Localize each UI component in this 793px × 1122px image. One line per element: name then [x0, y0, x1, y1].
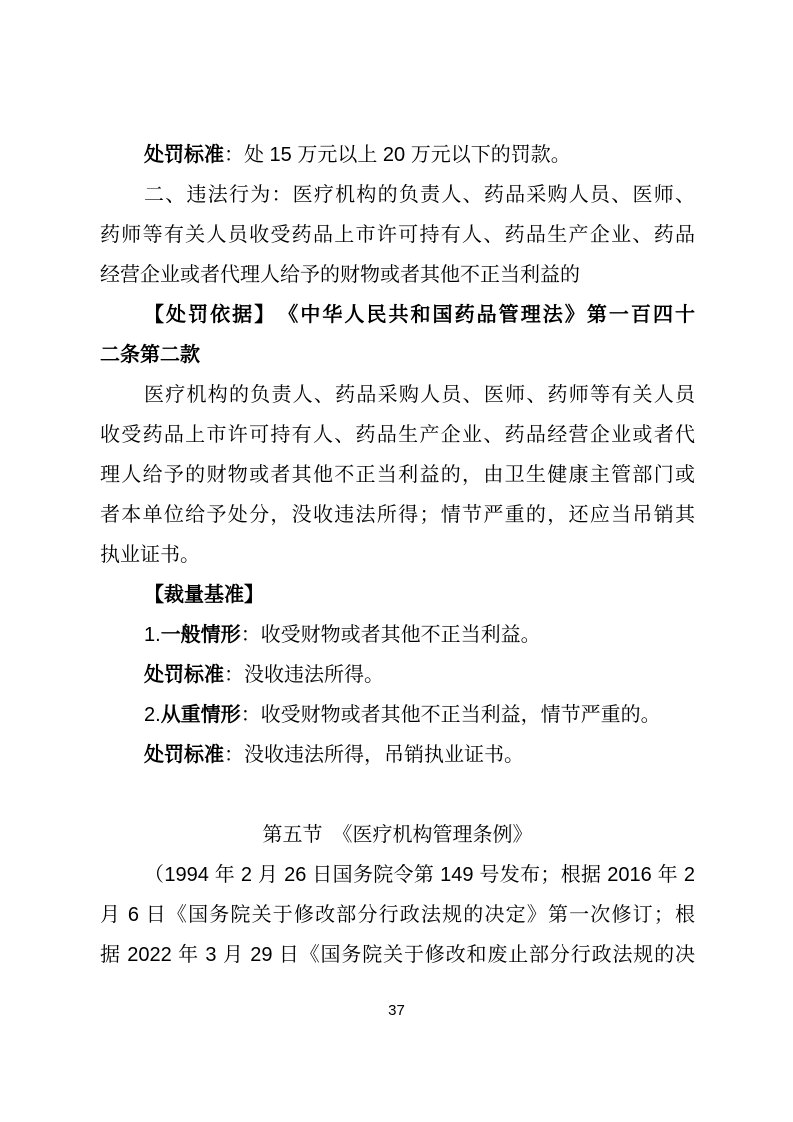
text-segment: ：收受财物或者其他不正当利益，情节严重的。 [241, 704, 661, 726]
text-segment: 医疗机构的负责人、药品采购人员、医师、药师等有关人员 [144, 384, 695, 406]
document-line: 执业证书。 [100, 535, 695, 575]
text-segment: 经营企业或者代理人给予的财物或者其他不正当利益的 [100, 264, 580, 286]
document-line: 【处罚依据】 《中华人民共和国药品管理法》第一百四十 [100, 295, 695, 335]
text-segment: 者本单位给予处分，没收违法所得；情节严重的，还应当吊销其 [100, 504, 695, 526]
text-segment: 执业证书。 [100, 544, 200, 566]
document-line: 经营企业或者代理人给予的财物或者其他不正当利益的 [100, 255, 695, 295]
text-segment: 处罚标准 [144, 144, 224, 166]
text-segment: 一般情形 [161, 624, 241, 646]
document-line: （1994 年 2 月 26 日国务院令第 149 号发布；根据 2016 年 … [100, 855, 695, 895]
blank-line [100, 775, 695, 815]
text-segment: 【裁量基准】 [144, 584, 264, 606]
text-segment: 二条第二款 [100, 344, 200, 366]
document-line: 者本单位给予处分，没收违法所得；情节严重的，还应当吊销其 [100, 495, 695, 535]
document-content: 处罚标准：处 15 万元以上 20 万元以下的罚款。二、违法行为：医疗机构的负责… [100, 135, 695, 975]
text-segment: 药师等有关人员收受药品上市许可持有人、药品生产企业、药品 [100, 224, 695, 246]
document-line: 处罚标准：没收违法所得，吊销执业证书。 [100, 735, 695, 775]
text-segment: 1. [144, 624, 161, 646]
document-line: 药师等有关人员收受药品上市许可持有人、药品生产企业、药品 [100, 215, 695, 255]
text-segment: ：没收违法所得。 [224, 664, 384, 686]
document-line: 据 2022 年 3 月 29 日《国务院关于修改和废止部分行政法规的决 [100, 935, 695, 975]
page-number: 37 [0, 1000, 793, 1022]
text-segment: ：收受财物或者其他不正当利益。 [241, 624, 541, 646]
text-segment: 月 6 日《国务院关于修改部分行政法规的决定》第一次修订；根 [100, 904, 695, 926]
document-line: 医疗机构的负责人、药品采购人员、医师、药师等有关人员 [100, 375, 695, 415]
text-segment: ：处 15 万元以上 20 万元以下的罚款。 [224, 144, 571, 166]
text-segment: 收受药品上市许可持有人、药品生产企业、药品经营企业或者代 [100, 424, 695, 446]
document-line: 1.一般情形：收受财物或者其他不正当利益。 [100, 615, 695, 655]
text-segment: 理人给予的财物或者其他不正当利益的，由卫生健康主管部门或 [100, 464, 695, 486]
document-page: 处罚标准：处 15 万元以上 20 万元以下的罚款。二、违法行为：医疗机构的负责… [0, 0, 793, 1122]
text-segment: 二、违法行为：医疗机构的负责人、药品采购人员、医师、 [144, 184, 695, 206]
document-line: 二、违法行为：医疗机构的负责人、药品采购人员、医师、 [100, 175, 695, 215]
text-segment: 第五节 《医疗机构管理条例》 [263, 824, 533, 846]
text-segment: 处罚标准 [144, 744, 224, 766]
document-line: 处罚标准：处 15 万元以上 20 万元以下的罚款。 [100, 135, 695, 175]
document-line: 二条第二款 [100, 335, 695, 375]
document-line: 收受药品上市许可持有人、药品生产企业、药品经营企业或者代 [100, 415, 695, 455]
text-segment: 2. [144, 704, 161, 726]
document-line: 处罚标准：没收违法所得。 [100, 655, 695, 695]
text-segment: 处罚标准 [144, 664, 224, 686]
document-line: 2.从重情形：收受财物或者其他不正当利益，情节严重的。 [100, 695, 695, 735]
document-line: 月 6 日《国务院关于修改部分行政法规的决定》第一次修订；根 [100, 895, 695, 935]
document-line: 【裁量基准】 [100, 575, 695, 615]
text-segment: 据 2022 年 3 月 29 日《国务院关于修改和废止部分行政法规的决 [100, 944, 695, 966]
text-segment: ：没收违法所得，吊销执业证书。 [224, 744, 524, 766]
text-segment: 【处罚依据】 《中华人民共和国药品管理法》第一百四十 [144, 304, 695, 326]
document-line: 第五节 《医疗机构管理条例》 [100, 815, 695, 855]
text-segment: 从重情形 [161, 704, 241, 726]
text-segment: （1994 年 2 月 26 日国务院令第 149 号发布；根据 2016 年 … [144, 864, 695, 886]
document-line: 理人给予的财物或者其他不正当利益的，由卫生健康主管部门或 [100, 455, 695, 495]
